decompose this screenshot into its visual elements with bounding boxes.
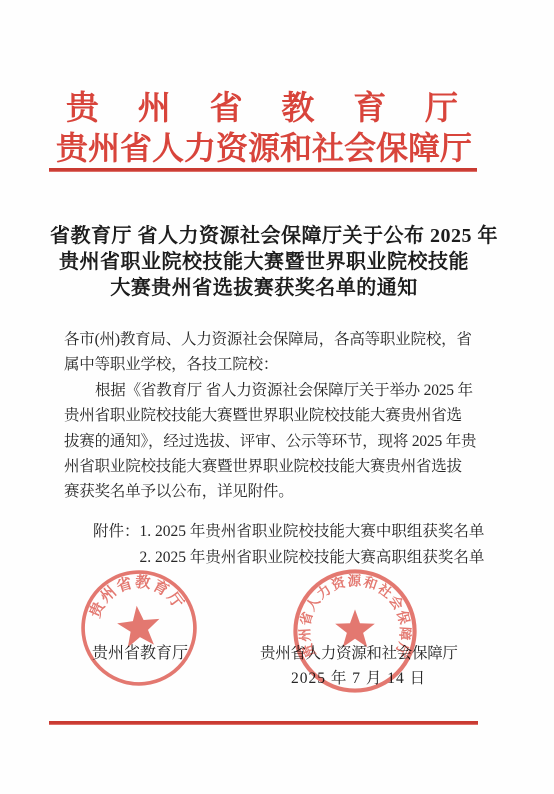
title-line: 大赛贵州省选拔赛获奖名单的通知 bbox=[50, 275, 478, 301]
document-page: 贵州省教育厅 贵州省人力资源和社会保障厅 省教育厅 省人力资源社会保障厅关于公布… bbox=[0, 0, 554, 794]
letterhead: 贵州省教育厅 贵州省人力资源和社会保障厅 bbox=[50, 93, 478, 172]
body-line: 各市(州)教育局、人力资源社会保障局，各高等职业院校，省 bbox=[64, 327, 472, 352]
document-title: 省教育厅 省人力资源社会保障厅关于公布 2025 年 贵州省职业院校技能大赛暨世… bbox=[50, 223, 478, 301]
attachment-title: 2. 2025 年贵州省职业院校技能大赛高职组获奖名单 bbox=[140, 549, 485, 566]
issuer-name-left: 贵州省教育厅 bbox=[92, 640, 188, 663]
body-line: 根据《省教育厅 省人力资源社会保障厅关于举办 2025 年 bbox=[64, 378, 472, 403]
attachment-title: 1. 2025 年贵州省职业院校技能大赛中职组获奖名单 bbox=[140, 523, 485, 540]
title-line: 省教育厅 省人力资源社会保障厅关于公布 2025 年 bbox=[50, 223, 478, 249]
body-line: 赛获奖名单予以公布，详见附件。 bbox=[64, 479, 472, 504]
document-body: 各市(州)教育局、人力资源社会保障局，各高等职业院校，省 属中等职业学校，各技工… bbox=[64, 327, 472, 505]
attachment-item: 2. 2025 年贵州省职业院校技能大赛高职组获奖名单 bbox=[140, 545, 479, 571]
issue-date: 2025 年 7 月 14 日 bbox=[291, 666, 426, 688]
attachments-block: 附件：1. 2025 年贵州省职业院校技能大赛中职组获奖名单 2. 2025 年… bbox=[93, 519, 478, 571]
attachments-label: 附件： bbox=[93, 523, 140, 540]
footer-divider bbox=[49, 721, 478, 725]
attachment-item: 附件：1. 2025 年贵州省职业院校技能大赛中职组获奖名单 bbox=[93, 519, 478, 545]
seal-text-left: 贵州省教育厅 bbox=[82, 569, 188, 622]
document-content: 贵州省教育厅 贵州省人力资源和社会保障厅 省教育厅 省人力资源社会保障厅关于公布… bbox=[50, 0, 478, 571]
letterhead-line2: 贵州省人力资源和社会保障厅 bbox=[50, 132, 478, 165]
body-line: 属中等职业学校，各技工院校： bbox=[64, 352, 472, 377]
body-line: 拔赛的通知》，经过选拔、评审、公示等环节，现将 2025 年贵 bbox=[64, 429, 472, 454]
issuer-name-right: 贵州省人力资源和社会保障厅 bbox=[260, 641, 458, 663]
official-seal-education-icon: 贵州省教育厅 bbox=[72, 561, 206, 695]
body-line: 州省职业院校技能大赛暨世界职业院校技能大赛贵州省选拔 bbox=[64, 454, 472, 479]
title-line: 贵州省职业院校技能大赛暨世界职业院校技能 bbox=[50, 249, 478, 275]
letterhead-divider bbox=[49, 168, 477, 172]
letterhead-line1: 贵州省教育厅 bbox=[66, 93, 458, 126]
body-line: 贵州省职业院校技能大赛暨世界职业院校技能大赛贵州省选 bbox=[64, 403, 472, 428]
svg-text:贵州省教育厅: 贵州省教育厅 bbox=[82, 569, 188, 622]
